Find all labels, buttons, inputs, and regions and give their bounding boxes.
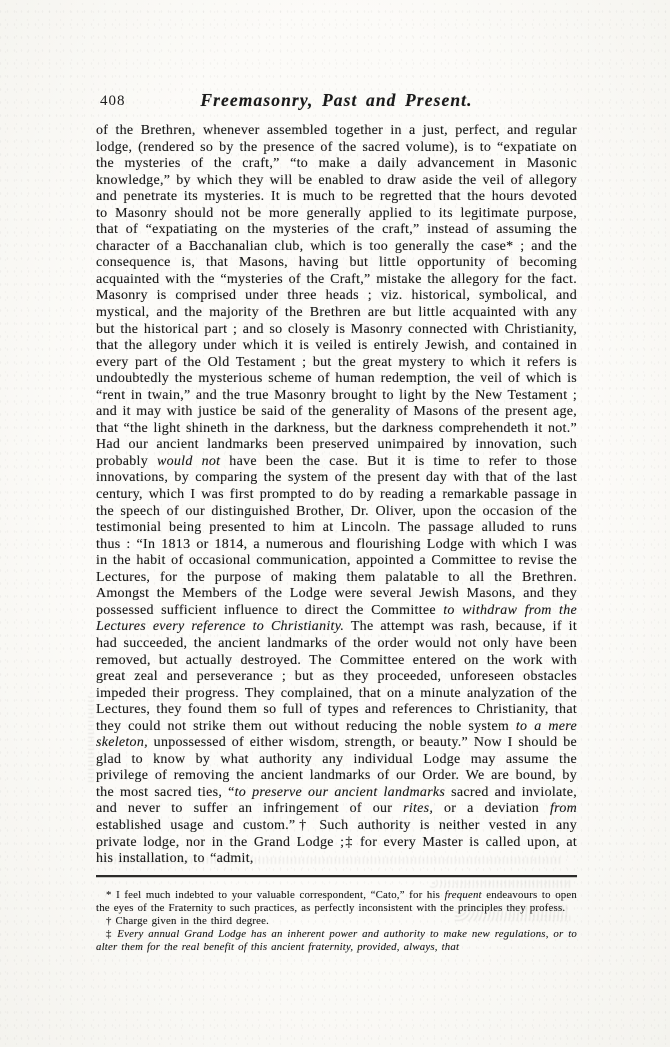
- footnote-asterisk: * I feel much indebted to your valuable …: [96, 889, 577, 915]
- page-number: 408: [100, 93, 126, 110]
- running-title: Freemasonry, Past and Present.: [96, 90, 577, 111]
- page-header: 408 Freemasonry, Past and Present.: [96, 90, 577, 112]
- scanned-book-page: 408 Freemasonry, Past and Present. of th…: [0, 0, 670, 1047]
- footnote-double-dagger: ‡ Every annual Grand Lodge has an inhere…: [96, 928, 577, 954]
- footnote-dagger: † Charge given in the third degree.: [96, 915, 577, 928]
- body-paragraph: of the Brethren, whenever assembled toge…: [96, 123, 577, 868]
- text-block: 408 Freemasonry, Past and Present. of th…: [96, 90, 577, 954]
- footnote-divider: [96, 875, 577, 877]
- footnotes-section: * I feel much indebted to your valuable …: [96, 889, 577, 954]
- scan-artifact: [88, 690, 94, 785]
